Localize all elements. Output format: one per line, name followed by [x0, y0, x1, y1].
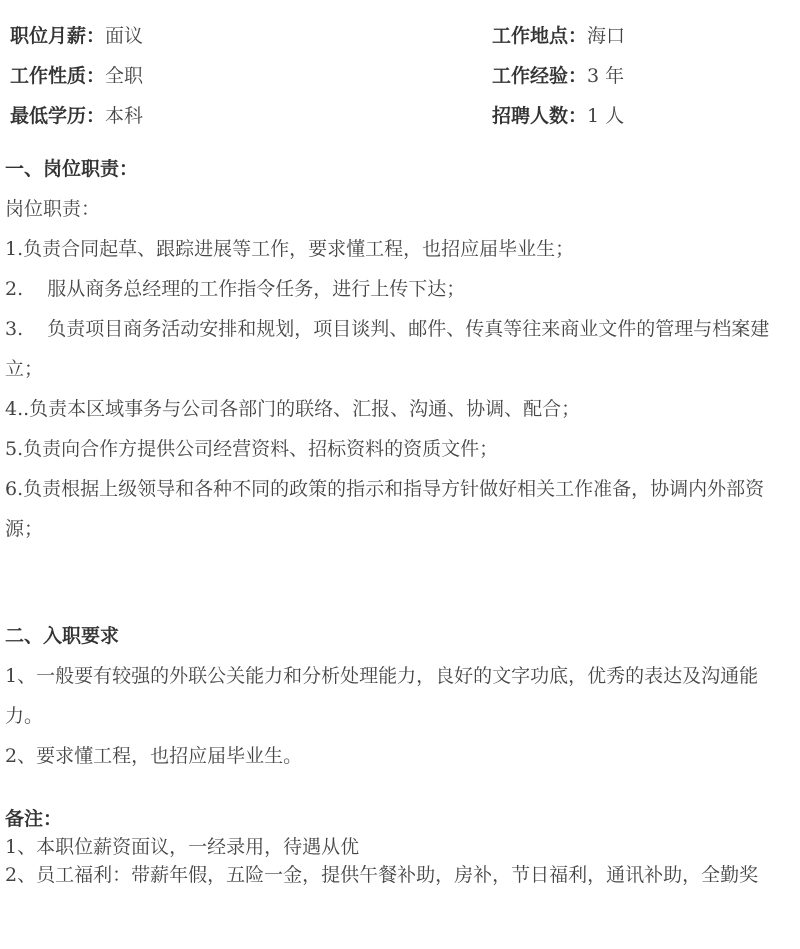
duty-item: 3. 负责项目商务活动安排和规划，项目谈判、邮件、传真等往来商业文件的管理与档案… — [5, 309, 795, 389]
info-label: 工作经验： — [492, 65, 587, 87]
section-title: 二、入职要求 — [5, 616, 795, 656]
notes-section: 备注： 1、本职位薪资面议，一经录用，待遇从优 2、员工福利：带薪年假，五险一金… — [5, 805, 795, 889]
info-label: 职位月薪： — [10, 25, 105, 47]
duties-subtitle: 岗位职责： — [5, 189, 795, 229]
info-headcount: 招聘人数：1 人 — [492, 96, 624, 136]
info-experience: 工作经验：3 年 — [492, 56, 624, 96]
job-posting-page: 职位月薪：面议 工作地点：海口 工作性质：全职 工作经验：3 年 最低学历：本科… — [0, 0, 800, 140]
info-location: 工作地点：海口 — [492, 16, 625, 56]
duty-item: 5.负责向合作方提供公司经营资料、招标资料的资质文件； — [5, 429, 795, 469]
requirement-item: 1、一般要有较强的外联公关能力和分析处理能力，良好的文字功底，优秀的表达及沟通能… — [5, 656, 795, 736]
note-item: 1、本职位薪资面议，一经录用，待遇从优 — [5, 833, 795, 861]
info-salary: 职位月薪：面议 — [10, 16, 143, 56]
info-label: 招聘人数： — [492, 105, 587, 127]
info-value: 全职 — [105, 65, 143, 87]
info-job-type: 工作性质：全职 — [10, 56, 143, 96]
info-value: 本科 — [105, 105, 143, 127]
info-value: 1 人 — [587, 105, 624, 127]
info-value: 海口 — [587, 25, 625, 47]
section-title: 备注： — [5, 805, 795, 833]
duty-item: 6.负责根据上级领导和各种不同的政策的指示和指导方针做好相关工作准备，协调内外部… — [5, 469, 795, 549]
duty-item: 2. 服从商务总经理的工作指令任务，进行上传下达； — [5, 269, 795, 309]
info-value: 3 年 — [587, 65, 624, 87]
requirement-item: 2、要求懂工程，也招应届毕业生。 — [5, 736, 795, 776]
info-education: 最低学历：本科 — [10, 96, 143, 136]
section-title: 一、岗位职责： — [5, 149, 795, 189]
note-item: 2、员工福利：带薪年假，五险一金，提供午餐补助，房补，节日福利，通讯补助，全勤奖 — [5, 861, 795, 889]
job-info-grid: 职位月薪：面议 工作地点：海口 工作性质：全职 工作经验：3 年 最低学历：本科… — [5, 0, 795, 140]
duty-item: 1.负责合同起草、跟踪进展等工作，要求懂工程，也招应届毕业生； — [5, 229, 795, 269]
info-label: 最低学历： — [10, 105, 105, 127]
info-label: 工作性质： — [10, 65, 105, 87]
duties-section: 一、岗位职责： 岗位职责： 1.负责合同起草、跟踪进展等工作，要求懂工程，也招应… — [5, 149, 795, 549]
requirements-section: 二、入职要求 1、一般要有较强的外联公关能力和分析处理能力，良好的文字功底，优秀… — [5, 616, 795, 776]
info-value: 面议 — [105, 25, 143, 47]
info-label: 工作地点： — [492, 25, 587, 47]
duty-item: 4..负责本区域事务与公司各部门的联络、汇报、沟通、协调、配合； — [5, 389, 795, 429]
